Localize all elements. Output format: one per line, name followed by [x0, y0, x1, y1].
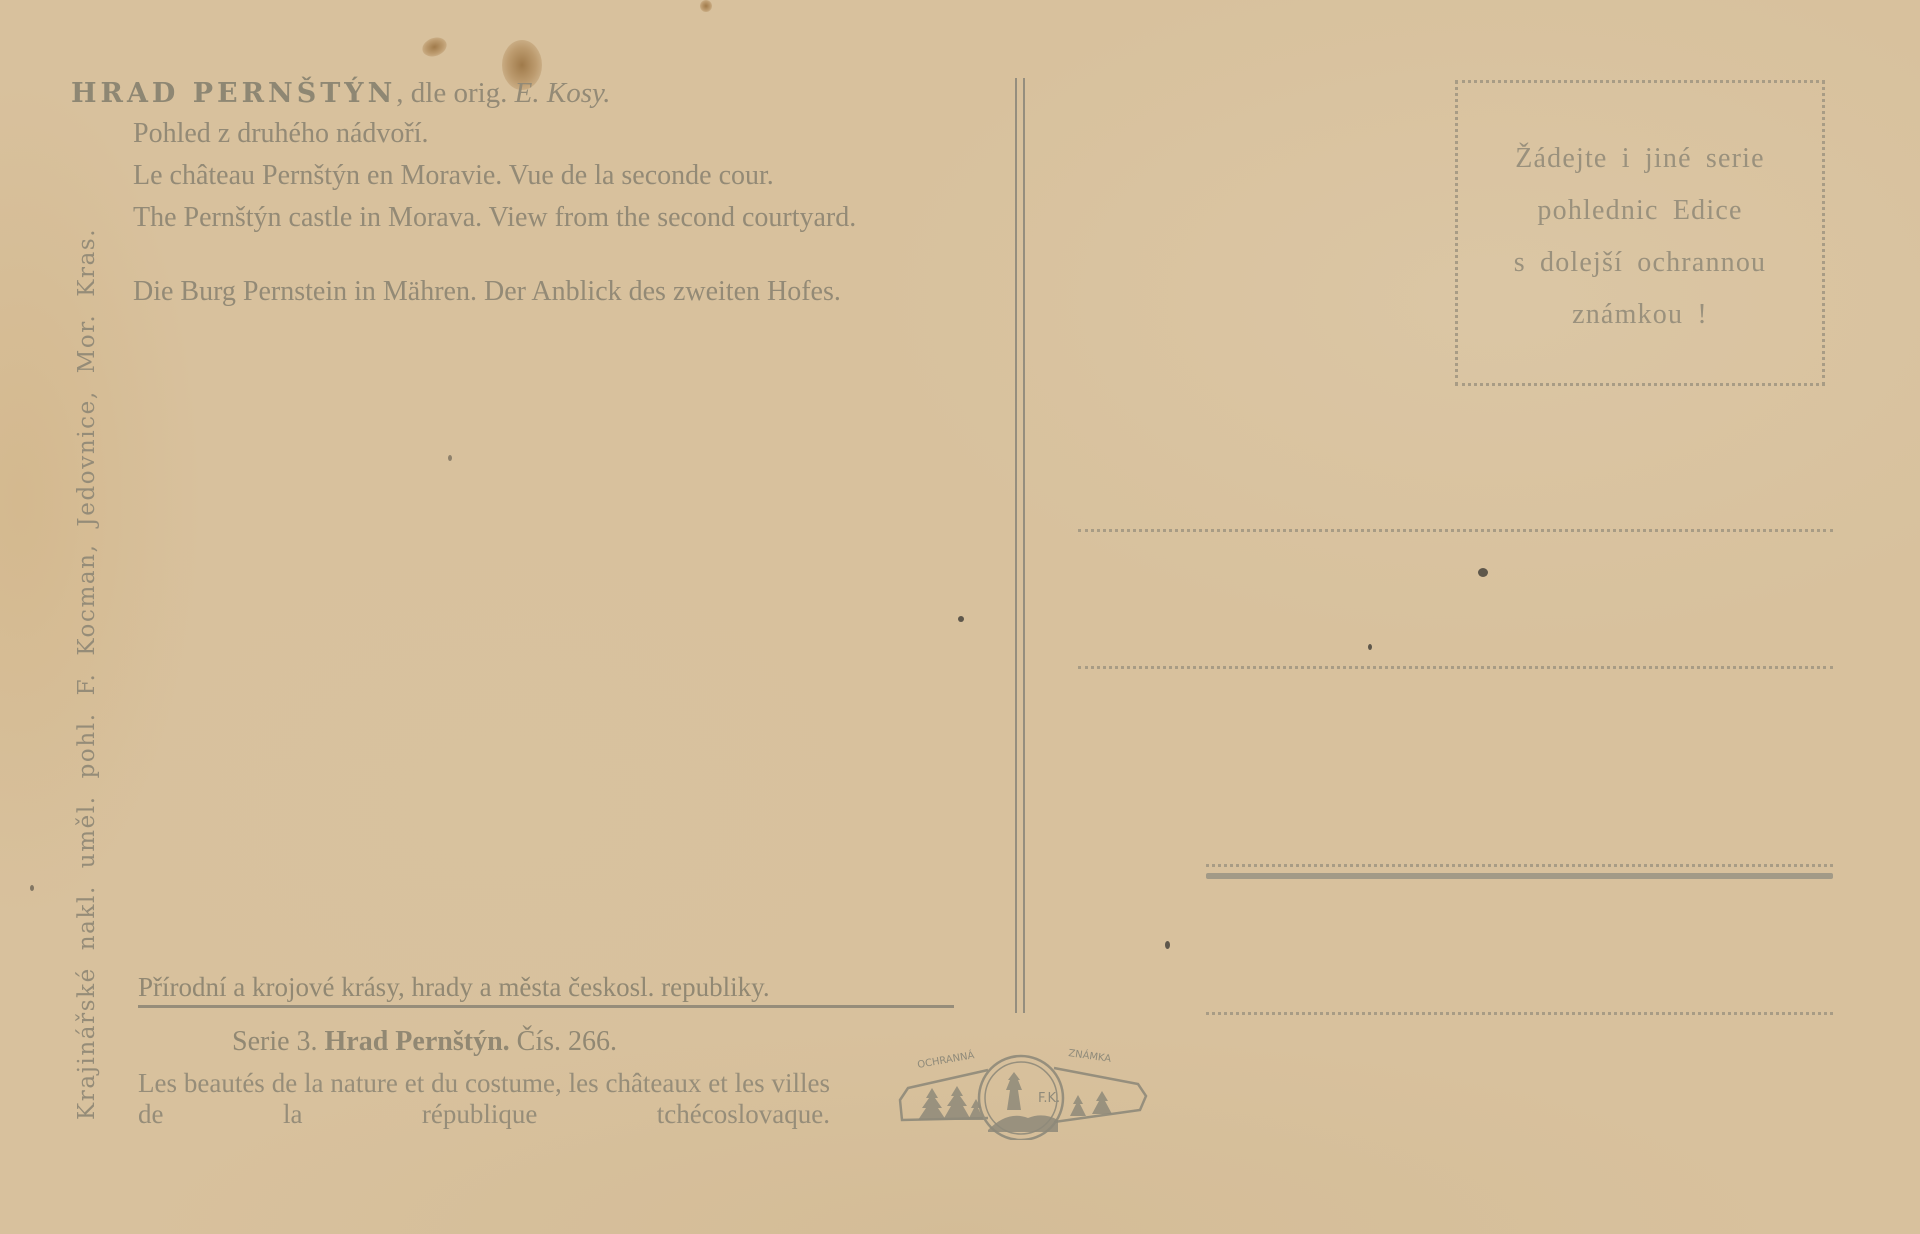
stamp-text-line: Žádejte i jiné serie	[1455, 133, 1825, 185]
card-number: Čís. 266.	[517, 1026, 617, 1057]
title-main: HRAD PERNŠTÝN	[71, 78, 396, 109]
mark-top-left-text: OCHRANNÁ	[916, 1048, 975, 1071]
address-line	[1078, 529, 1833, 532]
description-czech: Pohled z druhého nádvoří.	[133, 118, 951, 150]
speck	[958, 616, 964, 622]
stain-mark	[700, 0, 712, 12]
description-french: Le château Pernštýn en Moravie. Vue de l…	[133, 160, 951, 192]
address-line	[1078, 666, 1833, 669]
series-name: Hrad Pernštýn.	[325, 1026, 510, 1057]
stain-mark	[420, 34, 450, 59]
center-divider-line	[1015, 78, 1017, 1013]
speck	[448, 455, 452, 461]
stamp-text-line: pohlednic Edice	[1455, 185, 1825, 237]
series-heading: Přírodní a krojové krásy, hrady a města …	[138, 972, 953, 1002]
speck	[1368, 644, 1372, 650]
speck	[30, 885, 34, 891]
address-line	[1206, 1012, 1833, 1015]
title-author: E. Kosy.	[515, 77, 611, 109]
stamp-box-text: Žádejte i jiné serie pohlednic Edice s d…	[1455, 133, 1825, 341]
description-german: Die Burg Pernstein in Mähren. Der Anblic…	[133, 276, 951, 308]
title-attribution: , dle orig.	[396, 77, 514, 109]
address-underline-bar	[1206, 873, 1833, 879]
french-series-caption: Les beautés de la nature et du costume, …	[138, 1068, 830, 1130]
series-label: Serie 3.	[232, 1026, 318, 1057]
stamp-text-line: známkou !	[1455, 289, 1825, 341]
center-divider-line	[1023, 78, 1025, 1013]
postcard-title: HRAD PERNŠTÝN, dle orig. E. Kosy.	[71, 76, 611, 111]
publisher-imprint: Krajinářské nakl. uměl. pohl. F. Kocman,…	[72, 100, 102, 1120]
address-line	[1206, 864, 1833, 867]
speck	[1165, 941, 1170, 949]
mark-initials: F.K.	[1038, 1091, 1060, 1106]
protective-mark-logo: F.K. OCHRANNÁ ZNÁMKA	[888, 1040, 1154, 1140]
stamp-text-line: s dolejší ochrannou	[1455, 237, 1825, 289]
description-english: The Pernštýn castle in Morava. View from…	[133, 202, 951, 234]
tree-emblem-icon: F.K. OCHRANNÁ ZNÁMKA	[888, 1040, 1154, 1140]
mark-top-right-text: ZNÁMKA	[1068, 1046, 1113, 1065]
series-heading-underline	[138, 1005, 954, 1008]
series-number: Serie 3. Hrad Pernštýn. Čís. 266.	[232, 1026, 617, 1058]
speck	[1478, 568, 1488, 577]
